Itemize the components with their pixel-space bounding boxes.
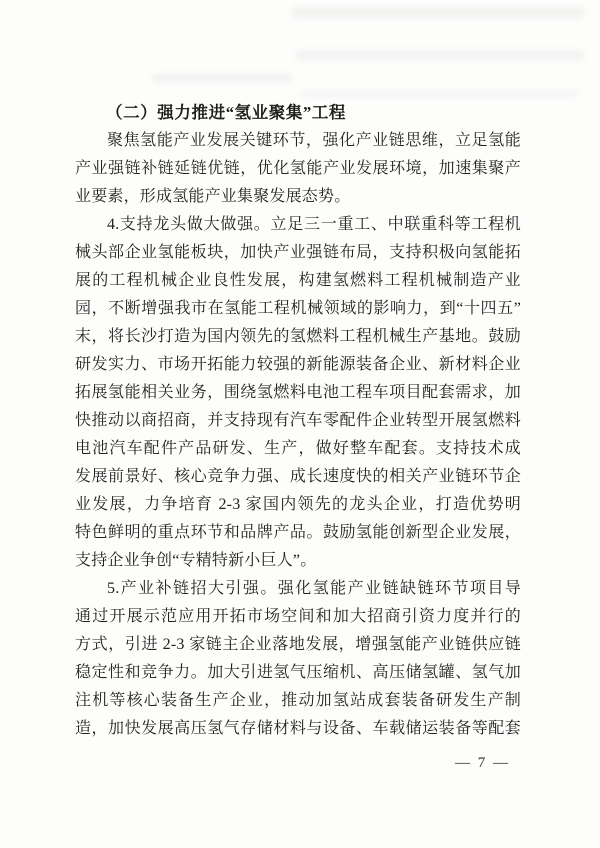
text-line: 聚焦氢能产业发展关键环节，强化产业链思维，立足氢能 — [75, 127, 521, 155]
text-line: 4.支持龙头做大做强。立足三一重工、中联重科等工程机 — [75, 211, 521, 239]
text-line: 造，加快发展高压氢气存储材料与设备、车载储运装备等配套 — [75, 715, 521, 743]
text-line: 业发展，力争培育 2-3 家国内领先的龙头企业，打造优势明显、 — [75, 491, 521, 519]
document-page: （二）强力推进“氢业聚集”工程 聚焦氢能产业发展关键环节，强化产业链思维，立足氢… — [0, 0, 600, 848]
text-line: 特色鲜明的重点环节和品牌产品。鼓励氢能创新型企业发展， — [75, 519, 521, 547]
text-line: 园，不断增强我市在氢能工程机械领域的影响力，到“十四五” — [75, 295, 521, 323]
text-line: 通过开展示范应用开拓市场空间和加大招商引资力度并行的 — [75, 603, 521, 631]
text-line: 发展前景好、核心竞争力强、成长速度快的相关产业链环节企 — [75, 463, 521, 491]
text-line: 电池汽车配件产品研发、生产，做好整车配套。支持技术成熟、 — [75, 435, 521, 463]
text-line: 业要素，形成氢能产业集聚发展态势。 — [75, 183, 521, 211]
scan-artifact — [300, 90, 578, 98]
text-line: 展的工程机械企业良性发展，构建氢燃料工程机械制造产业 — [75, 267, 521, 295]
document-body: 聚焦氢能产业发展关键环节，强化产业链思维，立足氢能产业强链补链延链优链，优化氢能… — [75, 127, 521, 743]
text-line: 拓展氢能相关业务，围绕氢燃料电池工程车项目配套需求，加 — [75, 379, 521, 407]
text-line: 稳定性和竞争力。加大引进氢气压缩机、高压储氢罐、氢气加 — [75, 659, 521, 687]
text-line: 支持企业争创“专精特新小巨人”。 — [75, 547, 521, 575]
section-heading: （二）强力推进“氢业聚集”工程 — [75, 100, 521, 126]
text-line: 末，将长沙打造为国内领先的氢燃料工程机械生产基地。鼓励 — [75, 323, 521, 351]
scan-artifact — [292, 7, 584, 18]
page-number: — 7 — — [455, 752, 510, 774]
text-line: 产业强链补链延链优链，优化氢能产业发展环境，加速集聚产 — [75, 155, 521, 183]
scan-artifact — [152, 74, 292, 82]
text-line: 方式，引进 2-3 家链主企业落地发展，增强氢能产业链供应链 — [75, 631, 521, 659]
scan-artifact — [296, 50, 584, 60]
text-line: 5.产业补链招大引强。强化氢能产业链缺链环节项目导入， — [75, 575, 521, 603]
text-line: 注机等核心装备生产企业，推动加氢站成套装备研发生产制 — [75, 687, 521, 715]
text-line: 快推动以商招商，并支持现有汽车零配件企业转型开展氢燃料 — [75, 407, 521, 435]
text-line: 研发实力、市场开拓能力较强的新能源装备企业、新材料企业 — [75, 351, 521, 379]
text-line: 械头部企业氢能板块，加快产业强链布局，支持积极向氢能拓 — [75, 239, 521, 267]
